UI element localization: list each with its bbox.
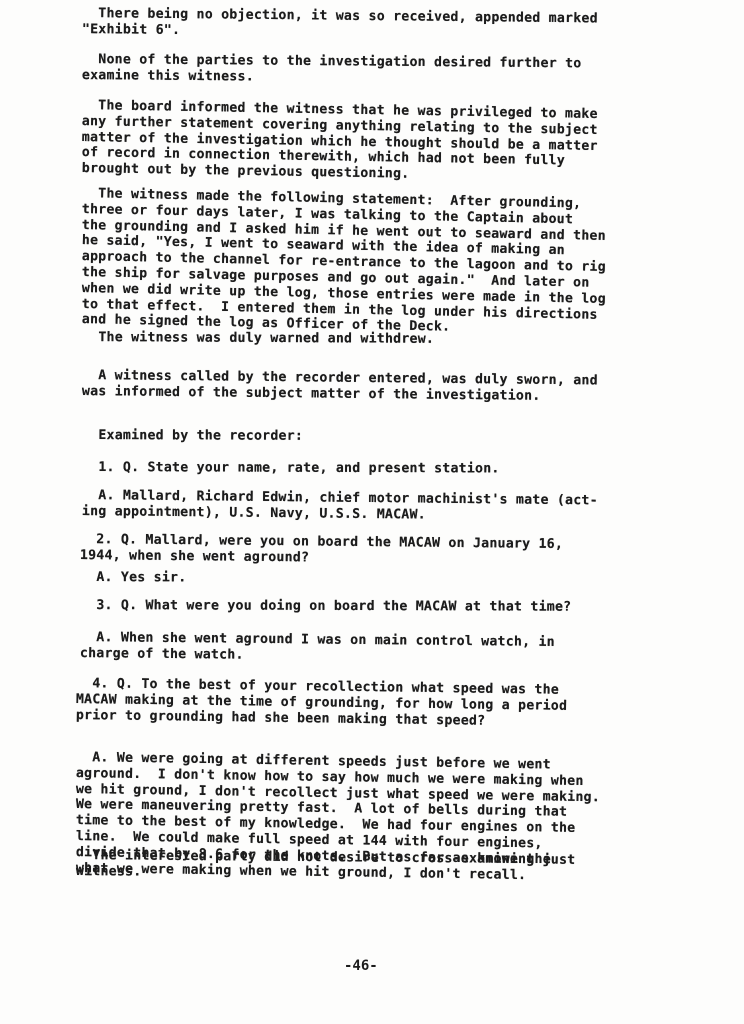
text-line: 1. Q. State your name, rate, and present… (82, 460, 500, 477)
text-line: charge of the watch. (80, 646, 244, 664)
text-line: The witness was duly warned and withdrew… (82, 330, 434, 348)
text-line: "Exhibit 6". (82, 22, 180, 39)
text-line: 1944, when she went aground? (80, 548, 309, 566)
text-line: Examined by the recorder: (82, 428, 303, 445)
text-line: ing appointment), U.S. Navy, U.S.S. MACA… (82, 504, 426, 524)
text-line: examine this witness. (82, 68, 254, 86)
typewritten-page: There being no objection, it was so rece… (0, 0, 744, 1024)
text-line: A. Yes sir. (80, 570, 187, 586)
page-number: -46- (344, 958, 378, 974)
text-line: 3. Q. What were you doing on board the M… (80, 598, 571, 616)
text-line: witness. (76, 864, 142, 881)
